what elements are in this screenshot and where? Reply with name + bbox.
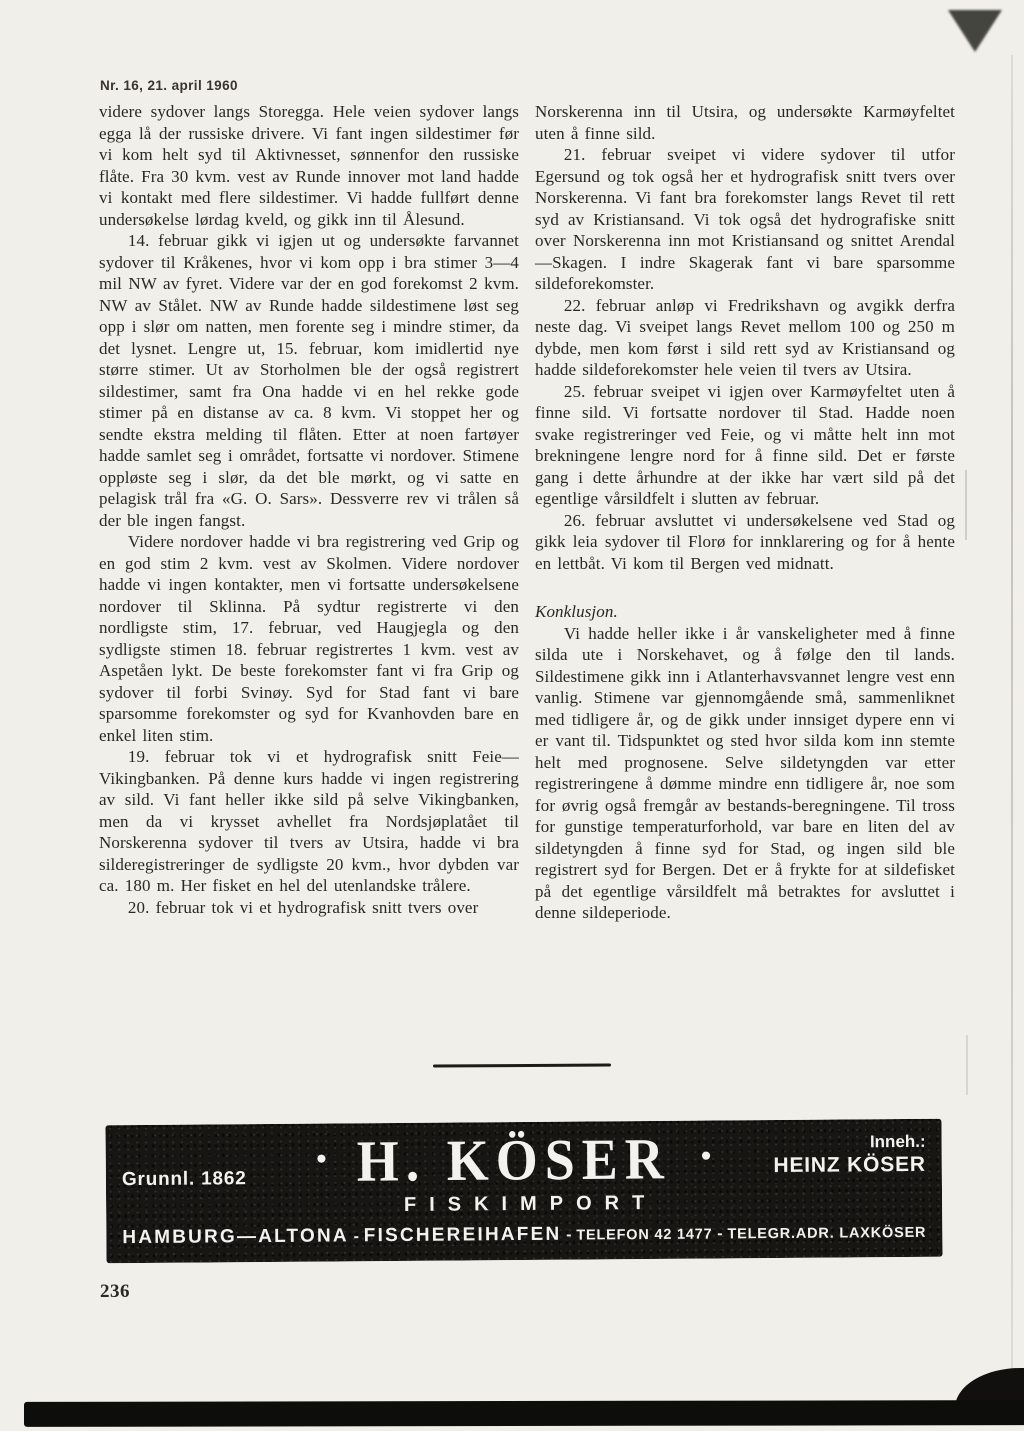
paragraph: Vi hadde heller ikke i år vanskeligheter…: [535, 623, 955, 924]
ad-owner-block: Inneh.: HEINZ KÖSER: [745, 1125, 925, 1180]
paragraph: 19. februar tok vi et hydrografisk snitt…: [99, 746, 519, 897]
scan-artifact-edge-line: [1011, 55, 1013, 1390]
ad-separator: -: [354, 1228, 359, 1246]
issue-date-header: Nr. 16, 21. april 1960: [100, 78, 238, 93]
ad-division-label: FISKIMPORT: [122, 1190, 926, 1224]
ad-founded-year: Grunnl. 1862: [122, 1168, 282, 1195]
scan-artifact-bottom-band: [24, 1400, 1024, 1427]
left-column: videre sydover langs Storegga. Hele veie…: [99, 101, 519, 924]
paragraph: 21. februar sveipet vi videre sydover ti…: [535, 144, 955, 295]
ad-owner-name: HEINZ KÖSER: [746, 1152, 926, 1180]
paragraph: 25. februar sveipet vi igjen over Karmøy…: [535, 381, 955, 510]
right-column: Norskerenna inn til Utsira, og undersøkt…: [535, 101, 955, 924]
paragraph: 20. februar tok vi et hydrografisk snitt…: [99, 897, 519, 919]
koser-advertisement: Grunnl. 1862 • H. KÖSER • Inneh.: HEINZ …: [105, 1119, 942, 1264]
paragraph: 22. februar anløp vi Fredrikshavn og avg…: [535, 295, 955, 381]
page-number: 236: [100, 1281, 130, 1303]
scan-artifact-speck: [965, 470, 967, 540]
ad-separator: -: [717, 1225, 722, 1243]
ad-separator: -: [566, 1227, 571, 1245]
paragraph: Videre nordover hadde vi bra registrerin…: [99, 531, 519, 746]
section-divider-rule: [433, 1064, 611, 1068]
ad-main-row: Grunnl. 1862 • H. KÖSER • Inneh.: HEINZ …: [122, 1125, 926, 1195]
conclusion-heading: Konklusjon.: [535, 601, 955, 623]
ad-phone: TELEFON 42 1477: [576, 1227, 712, 1244]
paragraph: 14. februar gikk vi igjen ut og undersøk…: [99, 230, 519, 531]
ad-harbor: FISCHEREIHAFEN: [364, 1224, 562, 1248]
scanned-journal-page: Nr. 16, 21. april 1960 videre sydover la…: [0, 0, 1024, 1431]
ad-brand-row: • H. KÖSER •: [282, 1131, 746, 1189]
paragraph: 26. februar avsluttet vi undersøkelsene …: [535, 510, 955, 575]
ad-owner-label: Inneh.:: [746, 1131, 926, 1154]
ad-address-row: HAMBURG—ALTONA - FISCHEREIHAFEN - TELEFO…: [122, 1221, 926, 1249]
ad-city: HAMBURG—ALTONA: [122, 1225, 349, 1249]
ad-brand-name: H. KÖSER: [357, 1130, 672, 1191]
paragraph: videre sydover langs Storegga. Hele veie…: [99, 101, 519, 230]
scan-artifact-speck: [966, 1035, 968, 1095]
scan-artifact-triangle: [948, 10, 1002, 52]
paragraph: Norskerenna inn til Utsira, og undersøkt…: [535, 101, 955, 144]
article-columns: videre sydover langs Storegga. Hele veie…: [99, 101, 955, 924]
ad-telegram: TELEGR.ADR. LAXKÖSER: [727, 1225, 926, 1243]
